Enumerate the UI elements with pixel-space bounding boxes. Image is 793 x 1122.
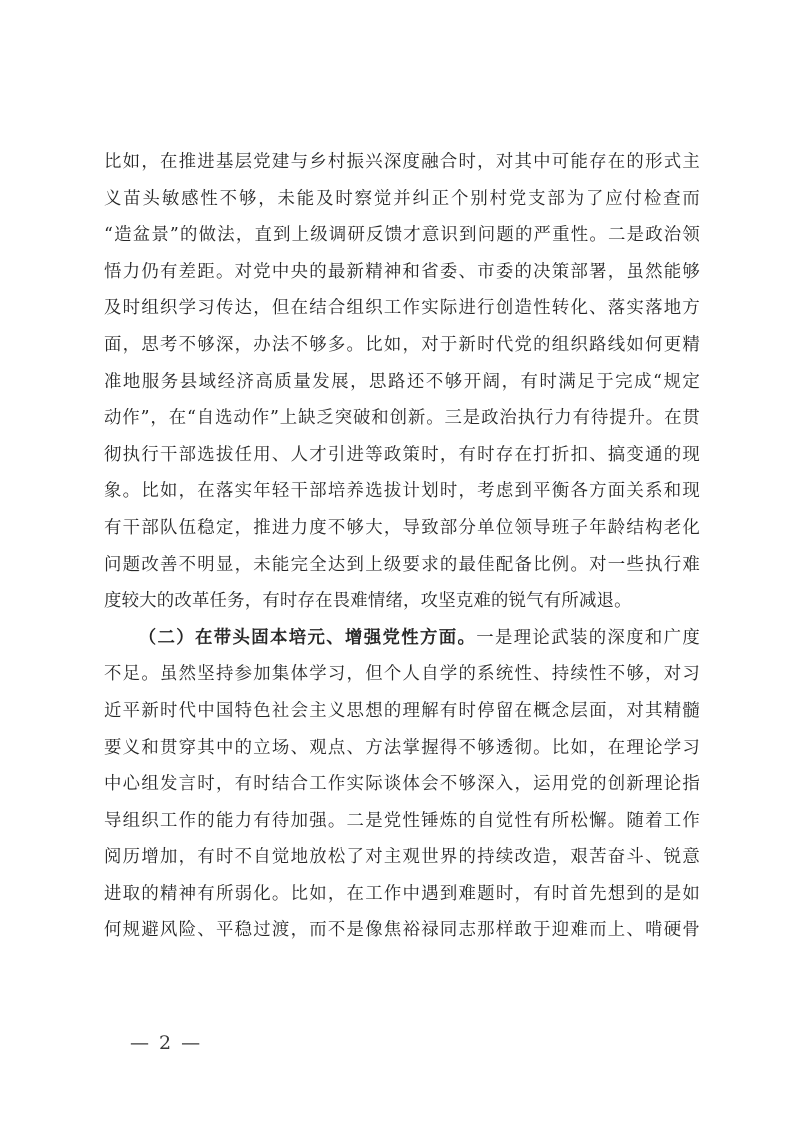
text-line: 中心组发言时，有时结合工作实际谈体会不够深入，运用党的创新理论指 bbox=[104, 766, 700, 803]
text-line: 比如，在推进基层党建与乡村振兴深度融合时，对其中可能存在的形式主 bbox=[104, 144, 700, 181]
text-line: 准地服务县域经济高质量发展，思路还不够开阔，有时满足于完成“规定 bbox=[104, 364, 700, 401]
text-line: 要义和贯穿其中的立场、观点、方法掌握得不够透彻。比如，在理论学习 bbox=[104, 730, 700, 767]
text-line: 义苗头敏感性不够，未能及时察觉并纠正个别村党支部为了应付检查而 bbox=[104, 181, 700, 218]
text-line: 进取的精神有所弱化。比如，在工作中遇到难题时，有时首先想到的是如 bbox=[104, 876, 700, 913]
text-line: “造盆景”的做法，直到上级调研反馈才意识到问题的严重性。二是政治领 bbox=[104, 217, 700, 254]
text-line: 悟力仍有差距。对党中央的最新精神和省委、市委的决策部署，虽然能够 bbox=[104, 254, 700, 291]
text-line: 近平新时代中国特色社会主义思想的理解有时停留在概念层面，对其精髓 bbox=[104, 693, 700, 730]
text-line: 及时组织学习传达，但在结合组织工作实际进行创造性转化、落实落地方 bbox=[104, 290, 700, 327]
text-line-section-start: （二）在带头固本培元、增强党性方面。一是理论武装的深度和广度 bbox=[104, 620, 700, 657]
text-line: 象。比如，在落实年轻干部培养选拔计划时，考虑到平衡各方面关系和现 bbox=[104, 473, 700, 510]
text-line: 阅历增加，有时不自觉地放松了对主观世界的持续改造，艰苦奋斗、锐意 bbox=[104, 839, 700, 876]
text-line: 彻执行干部选拔任用、人才引进等政策时，有时存在打折扣、搞变通的现 bbox=[104, 437, 700, 474]
section-first-line-text: 一是理论武装的深度和广度 bbox=[476, 628, 700, 648]
page-number: — 2 — bbox=[130, 1032, 202, 1054]
text-line: 面，思考不够深，办法不够多。比如，对于新时代党的组织路线如何更精 bbox=[104, 327, 700, 364]
body-text: 比如，在推进基层党建与乡村振兴深度融合时，对其中可能存在的形式主 义苗头敏感性不… bbox=[104, 144, 700, 949]
text-line: 导组织工作的能力有待加强。二是党性锤炼的自觉性有所松懈。随着工作 bbox=[104, 803, 700, 840]
text-line: 度较大的改革任务，有时存在畏难情绪，攻坚克难的锐气有所减退。 bbox=[104, 583, 700, 620]
text-line: 有干部队伍稳定，推进力度不够大，导致部分单位领导班子年龄结构老化 bbox=[104, 510, 700, 547]
text-line: 问题改善不明显，未能完全达到上级要求的最佳配备比例。对一些执行难 bbox=[104, 547, 700, 584]
document-page: 比如，在推进基层党建与乡村振兴深度融合时，对其中可能存在的形式主 义苗头敏感性不… bbox=[0, 0, 793, 1122]
text-line: 动作”，在“自选动作”上缺乏突破和创新。三是政治执行力有待提升。在贯 bbox=[104, 400, 700, 437]
text-line: 何规避风险、平稳过渡，而不是像焦裕禄同志那样敢于迎难而上、啃硬骨 bbox=[104, 912, 700, 949]
section-heading: （二）在带头固本培元、增强党性方面。 bbox=[139, 628, 476, 648]
text-line: 不足。虽然坚持参加集体学习，但个人自学的系统性、持续性不够，对习 bbox=[104, 656, 700, 693]
